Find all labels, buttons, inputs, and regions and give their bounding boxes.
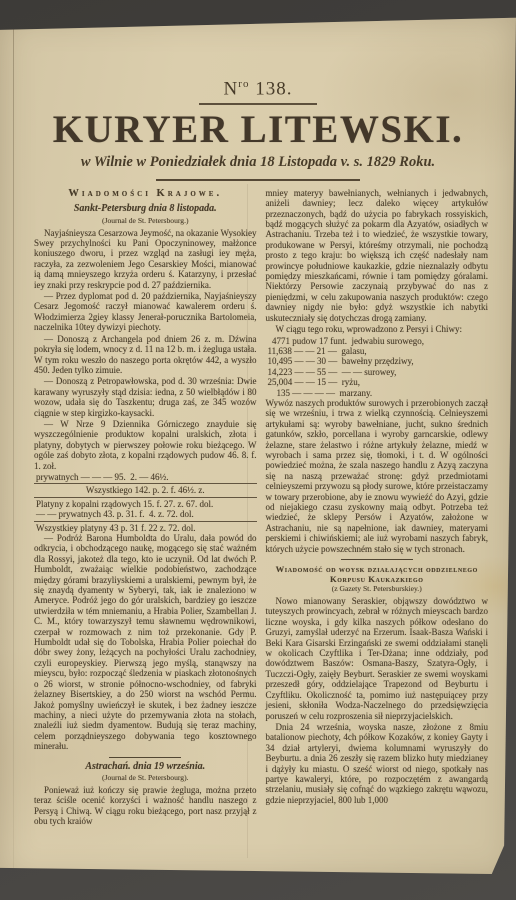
paper-fold-line [13,16,14,880]
body-text: — Przez dyplomat pod d. 20 października,… [34,291,257,333]
body-text: Dnia 24 września, woyska nasze, złożone … [266,722,489,805]
newspaper-title: KURYER LITEWSKI. [0,109,516,151]
figures-line: prywatnych — — — 95. 2. — 46½. [34,472,257,484]
dateline-rule [156,179,360,181]
body-text: — Donoszą z Petropawłowska, pod d. 30 wr… [34,376,257,418]
issue-prefix: N [224,78,239,99]
scan-background: Nro 138. KURYER LITEWSKI. w Wilnie w Pon… [0,0,516,900]
newspaper-page: Nro 138. KURYER LITEWSKI. w Wilnie w Pon… [0,16,516,880]
source-credit: (Journal de St. Petersbourg). [34,773,257,782]
body-text: — W Nrze 9 Dziennika Górniczego znayduie… [34,419,257,471]
figures-line: 11,638 — — 21 — galasu, [266,346,489,356]
dateline: w Wilnie w Poniedziałek dnia 18 Listopad… [0,154,516,171]
figures-line: 14,223 — — 55 — — — surowey, [266,367,489,377]
right-column: mniey materyy bawełnianych, wełnianych i… [266,188,489,864]
figures-line: 135 — — — — marzany. [266,388,489,398]
body-text: Nowo mianowany Seraskier, objąwszy dowód… [266,596,489,721]
article-dateline: Sankt-Petersburg dnia 8 listopada. [34,204,257,214]
left-column: Wiadomości Krajowe.Sankt-Petersburg dnia… [34,188,257,864]
source-credit: (Journal de St. Petersbourg.) [34,216,257,225]
column-fold-line [247,184,248,858]
section-divider [341,559,413,560]
article-dateline: Astrachań. dnia 19 września. [34,762,257,772]
masthead: Nro 138. KURYER LITEWSKI. w Wilnie w Pon… [0,78,516,181]
issue-rule [199,103,317,105]
section-heading: Korpusu Kaukazkiego [266,574,489,584]
body-text: W ciągu tego roku, wprowadzono z Persyi … [266,324,489,334]
body-text: Nayjaśnieysza Cesarzowa Jeymość, na okaz… [34,228,257,290]
figures-line: Wszystkiego 142. p. 2. f. 46½. z. [34,485,257,497]
figures-line: Platyny z kopalni rządowych 15. f. 27. z… [34,499,257,509]
section-heading: Wiadomości Krajowe. [34,189,257,199]
issue-superscript: ro [238,78,249,90]
figures-line: — — prywatnych 43. p. 31. f. 4. z. 72. d… [34,509,257,521]
body-text: Wywóz naszych produktów surowych i przer… [266,398,489,554]
issue-number: Nro 138. [0,78,516,100]
figures-line: 25,004 — — 15 — ryżu, [266,377,489,387]
section-heading: Wiadomość od woysk działających oddzieln… [266,564,489,574]
issue-no-value: 138. [255,78,292,99]
source-credit: (z Gazety St. Petersburskiey.) [266,584,489,593]
body-text: Ponieważ iuż kończy się prawie żegluga, … [34,785,257,827]
body-text: mniey materyy bawełnianych, wełnianych i… [266,188,489,323]
figures-line: 10,495 — — 30 — bawełny przędziwy, [266,356,489,366]
text-columns: Wiadomości Krajowe.Sankt-Petersburg dnia… [0,188,516,864]
figures-line: 4771 pudow 17 funt. jedwabiu surowego, [266,336,489,346]
body-text: — Donoszą z Archangela pod dniem 26 z. m… [34,334,257,376]
body-text: — Podróż Barona Humboldta do Uralu, dała… [34,533,257,752]
figures-line: Wszystkiey platyny 43 p. 31 f. 22 z. 72.… [34,523,257,533]
section-divider [109,757,181,758]
